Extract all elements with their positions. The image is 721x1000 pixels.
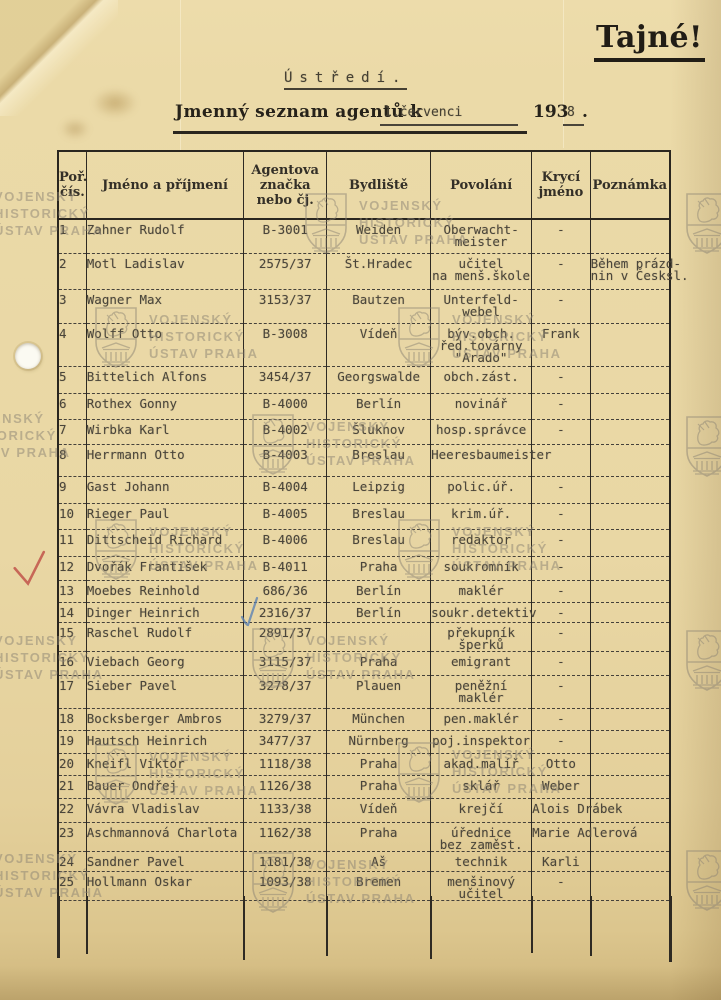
corner-fold (0, 0, 118, 116)
cell-row-number: 21 (58, 775, 86, 798)
cell-residence: Vídeň (327, 798, 431, 822)
agent-row: 10Rieger PaulB-4005Breslaukrim.úř.- (58, 503, 670, 529)
cell-agent-name: Viebach Georg (86, 651, 244, 675)
cell-occupation: menšinový učitel (431, 871, 532, 900)
cell-agent-code: 1133/38 (244, 798, 327, 822)
cell-agent-name: Wagner Max (86, 289, 244, 323)
cell-cover-name: - (532, 366, 591, 393)
agent-row: 20Kneifl Viktor1118/38Prahaakad.malířOtt… (58, 753, 670, 775)
paper-stain (60, 118, 90, 140)
cell-row-number: 4 (58, 323, 86, 366)
cell-note (590, 753, 670, 775)
document-page: Tajné! Ústředí. Jmenný seznam agentů k 1… (0, 0, 721, 1000)
cell-note (590, 651, 670, 675)
title-underline (173, 131, 527, 134)
cell-note (590, 476, 670, 503)
archive-stamp: VOJENSKÝ HISTORICKÝ ÚSTAV PRAHA (684, 629, 721, 693)
cell-occupation: akad.malíř (431, 753, 532, 775)
cell-occupation: novinář (431, 393, 532, 419)
cell-row-number: 22 (58, 798, 86, 822)
agent-row: 3Wagner Max3153/37BautzenUnterfeld- webe… (58, 289, 670, 323)
cell-row-number: 1 (58, 219, 86, 253)
cell-occupation: Heeresbaumeister (431, 444, 532, 476)
cell-residence: Georgswalde (327, 366, 431, 393)
cell-residence: Berlín (327, 580, 431, 602)
cell-note (590, 730, 670, 753)
cell-residence: Nürnberg (327, 730, 431, 753)
cell-agent-name: Raschel Rudolf (86, 622, 244, 651)
cell-occupation: krejčí (431, 798, 532, 822)
cell-residence: Št.Hradec (327, 253, 431, 289)
cell-residence: Berlín (327, 602, 431, 622)
agent-row: 6Rothex GonnyB-4000Berlínnovinář- (58, 393, 670, 419)
cell-residence: Leipzig (327, 476, 431, 503)
cell-note (590, 393, 670, 419)
cell-occupation: Oberwacht- meister (431, 219, 532, 253)
cell-note (590, 622, 670, 651)
table-rule-tail (86, 896, 88, 954)
table-rule-tail (57, 896, 60, 958)
cell-agent-name: Gast Johann (86, 476, 244, 503)
cell-cover-name: - (532, 708, 591, 730)
cell-agent-name: Bauer Ondřej (86, 775, 244, 798)
cell-agent-name: Hollmann Oskar (86, 871, 244, 900)
cell-occupation: emigrant (431, 651, 532, 675)
agent-table: Poř. čís. Jméno a příjmení Agentova znač… (57, 150, 671, 901)
cell-note (590, 444, 670, 476)
cell-row-number: 20 (58, 753, 86, 775)
agent-row: 18Bocksberger Ambros3279/37Münchenpen.ma… (58, 708, 670, 730)
cell-cover-name: - (532, 419, 591, 444)
cell-agent-name: Wolff Otto (86, 323, 244, 366)
cell-residence: Breslau (327, 444, 431, 476)
cell-occupation: soukr.detektiv (431, 602, 532, 622)
cell-agent-name: Wirbka Karl (86, 419, 244, 444)
year-printed: 193 (533, 102, 569, 122)
table-rule-tail (326, 896, 328, 956)
unit-heading: Ústředí. (284, 70, 407, 90)
cell-agent-name: Bocksberger Ambros (86, 708, 244, 730)
agent-row: 5Bittelich Alfons3454/37Georgswaldeobch.… (58, 366, 670, 393)
agent-row: 15Raschel Rudolf2891/37překupník šperků- (58, 622, 670, 651)
cell-cover-name: Weber (532, 775, 591, 798)
cell-note (590, 419, 670, 444)
agent-row: 25Hollmann Oskar1093/38Bremenmenšinový u… (58, 871, 670, 900)
cell-note (590, 851, 670, 871)
cell-agent-name: Kneifl Viktor (86, 753, 244, 775)
cell-residence: München (327, 708, 431, 730)
agent-row: 24Sandner Pavel1181/38AštechnikKarli (58, 851, 670, 871)
cell-cover-name: - (532, 871, 591, 900)
agent-row: 16Viebach Georg3115/37Prahaemigrant- (58, 651, 670, 675)
fill-line (563, 124, 584, 126)
cell-occupation: redaktor (431, 529, 532, 556)
cell-residence: Praha (327, 753, 431, 775)
cell-cover-name: - (532, 602, 591, 622)
cell-cover-name: - (532, 580, 591, 602)
cell-note (590, 708, 670, 730)
cell-agent-code: B-4011 (244, 556, 327, 580)
paper-edge-shading (0, 966, 721, 1000)
cell-note (590, 556, 670, 580)
table-rule-tail (531, 896, 533, 953)
cell-agent-code: B-3008 (244, 323, 327, 366)
cell-occupation: poj.inspektor (431, 730, 532, 753)
cell-note (590, 366, 670, 393)
cell-note (590, 503, 670, 529)
cell-occupation: polic.úř. (431, 476, 532, 503)
cell-cover-name: - (532, 730, 591, 753)
agent-row: 13Moebes Reinhold686/36Berlínmaklér- (58, 580, 670, 602)
cell-cover-name: - (532, 675, 591, 708)
cell-agent-name: Sieber Pavel (86, 675, 244, 708)
cell-agent-code: 1126/38 (244, 775, 327, 798)
cell-occupation: úřednice bez zaměst. (431, 822, 532, 851)
cell-agent-name: Dittscheid Richard (86, 529, 244, 556)
cell-row-number: 17 (58, 675, 86, 708)
cell-occupation: pen.maklér (431, 708, 532, 730)
cell-residence: Praha (327, 651, 431, 675)
cell-residence: Bremen (327, 871, 431, 900)
cell-cover-name: - (532, 622, 591, 651)
cell-agent-code: B-4004 (244, 476, 327, 503)
cell-agent-code: B-4006 (244, 529, 327, 556)
header-row-number: Poř. čís. (58, 151, 86, 219)
cell-row-number: 5 (58, 366, 86, 393)
cell-residence: Plauen (327, 675, 431, 708)
title-period: . (582, 102, 588, 122)
cell-row-number: 2 (58, 253, 86, 289)
cell-cover-name: - (532, 393, 591, 419)
cell-occupation: učitel na menš.škole (431, 253, 532, 289)
cell-residence: Breslau (327, 503, 431, 529)
cell-note (590, 529, 670, 556)
cell-agent-code: 2316/37 (244, 602, 327, 622)
agent-row: 22Vávra Vladislav1133/38VídeňkrejčíAlois… (58, 798, 670, 822)
cell-cover-name: Alois Drábek (532, 798, 591, 822)
cell-agent-name: Bittelich Alfons (86, 366, 244, 393)
cell-cover-name: Karli (532, 851, 591, 871)
agent-row: 23Aschmannová Charlota1162/38Prahaúředni… (58, 822, 670, 851)
cell-occupation: krim.úř. (431, 503, 532, 529)
cell-agent-code: 3115/37 (244, 651, 327, 675)
cell-occupation: soukromník (431, 556, 532, 580)
archive-stamp: VOJENSKÝ HISTORICKÝ ÚSTAV PRAHA (684, 415, 721, 479)
agent-row: 2Motl Ladislav2575/37Št.Hradecučitel na … (58, 253, 670, 289)
cell-cover-name: Frank (532, 323, 591, 366)
cell-agent-code: 686/36 (244, 580, 327, 602)
cell-row-number: 12 (58, 556, 86, 580)
cell-cover-name: - (532, 289, 591, 323)
cell-agent-code: 2575/37 (244, 253, 327, 289)
agent-row: 4Wolff OttoB-3008Vídeňbýv.obch. řed.tová… (58, 323, 670, 366)
cell-agent-name: Dinger Heinrich (86, 602, 244, 622)
cell-residence: Praha (327, 556, 431, 580)
cell-agent-name: Moebes Reinhold (86, 580, 244, 602)
cell-row-number: 24 (58, 851, 86, 871)
cell-residence: Praha (327, 822, 431, 851)
cell-agent-code: 1181/38 (244, 851, 327, 871)
agent-row: 17Sieber Pavel3278/37Plauenpeněžní maklé… (58, 675, 670, 708)
cell-occupation: překupník šperků (431, 622, 532, 651)
cell-row-number: 25 (58, 871, 86, 900)
cell-residence: Aš (327, 851, 431, 871)
year-fill-in: 8 (567, 105, 575, 120)
cell-occupation: hosp.správce (431, 419, 532, 444)
cell-agent-code: B-4005 (244, 503, 327, 529)
cell-agent-code: 1118/38 (244, 753, 327, 775)
cell-note (590, 775, 670, 798)
cell-row-number: 11 (58, 529, 86, 556)
header-cover-name: Krycí jméno (532, 151, 591, 219)
header-name: Jméno a příjmení (86, 151, 244, 219)
paper-crease (180, 0, 181, 150)
vhu-coat-of-arms-icon (684, 629, 721, 693)
cell-row-number: 10 (58, 503, 86, 529)
cell-agent-code: B-4003 (244, 444, 327, 476)
cell-agent-code: 3477/37 (244, 730, 327, 753)
cell-residence: Vídeň (327, 323, 431, 366)
cell-agent-code: 3153/37 (244, 289, 327, 323)
cell-note (590, 323, 670, 366)
cell-row-number: 13 (58, 580, 86, 602)
cell-agent-name: Rothex Gonny (86, 393, 244, 419)
cell-agent-name: Vávra Vladislav (86, 798, 244, 822)
table-rule-tail (430, 896, 432, 959)
table-rule-tail (243, 896, 245, 960)
cell-agent-code: 1093/38 (244, 871, 327, 900)
cell-residence (327, 622, 431, 651)
table-rule-tail (590, 896, 592, 956)
cell-agent-name: Herrmann Otto (86, 444, 244, 476)
cell-note (590, 871, 670, 900)
cell-cover-name: - (532, 529, 591, 556)
agent-row: 21Bauer Ondřej1126/38PrahasklářWeber (58, 775, 670, 798)
archive-stamp: VOJENSKÝ HISTORICKÝ ÚSTAV PRAHA (684, 192, 721, 256)
cell-agent-code: 3279/37 (244, 708, 327, 730)
cell-agent-name: Aschmannová Charlota (86, 822, 244, 851)
cell-residence: Weiden (327, 219, 431, 253)
header-agent-code: Agentova značka nebo čj. (244, 151, 327, 219)
cell-row-number: 18 (58, 708, 86, 730)
red-checkmark (12, 550, 50, 588)
cell-occupation: peněžní maklér (431, 675, 532, 708)
cell-agent-name: Motl Ladislav (86, 253, 244, 289)
cell-agent-code: 1162/38 (244, 822, 327, 851)
vhu-coat-of-arms-icon (684, 849, 721, 913)
cell-agent-code: B-4000 (244, 393, 327, 419)
cell-agent-code: 2891/37 (244, 622, 327, 651)
cell-residence: Praha (327, 775, 431, 798)
vhu-coat-of-arms-icon (684, 192, 721, 256)
cell-row-number: 8 (58, 444, 86, 476)
classification-label: Tajné! (594, 20, 705, 62)
cell-cover-name: - (532, 476, 591, 503)
cell-agent-code: B-4002 (244, 419, 327, 444)
cell-row-number: 19 (58, 730, 86, 753)
cell-residence: Berlín (327, 393, 431, 419)
cell-occupation: sklář (431, 775, 532, 798)
cell-occupation: býv.obch. řed.továrny "Arado" (431, 323, 532, 366)
agent-row: 1Zahner RudolfB-3001WeidenOberwacht- mei… (58, 219, 670, 253)
cell-occupation: obch.zást. (431, 366, 532, 393)
cell-agent-name: Sandner Pavel (86, 851, 244, 871)
agent-row: 8Herrmann OttoB-4003BreslauHeeresbaumeis… (58, 444, 670, 476)
hole-punch (15, 343, 41, 369)
cell-cover-name: - (532, 253, 591, 289)
cell-cover-name: - (532, 219, 591, 253)
agent-row: 9Gast JohannB-4004Leipzigpolic.úř.- (58, 476, 670, 503)
agent-row: 14Dinger Heinrich2316/37Berlínsoukr.dete… (58, 602, 670, 622)
header-residence: Bydliště (327, 151, 431, 219)
cell-row-number: 14 (58, 602, 86, 622)
cell-residence: Breslau (327, 529, 431, 556)
vhu-coat-of-arms-icon (684, 415, 721, 479)
table-rule-tail (669, 896, 672, 962)
cell-row-number: 7 (58, 419, 86, 444)
agent-row: 7Wirbka KarlB-4002Šluknovhosp.správce- (58, 419, 670, 444)
cell-occupation: maklér (431, 580, 532, 602)
header-occupation: Povolání (431, 151, 532, 219)
cell-note (590, 580, 670, 602)
cell-agent-code: B-3001 (244, 219, 327, 253)
cell-row-number: 23 (58, 822, 86, 851)
agent-row: 19Hautsch Heinrich3477/37Nürnbergpoj.ins… (58, 730, 670, 753)
cell-row-number: 9 (58, 476, 86, 503)
cell-row-number: 15 (58, 622, 86, 651)
table-header-row: Poř. čís. Jméno a příjmení Agentova znač… (58, 151, 670, 219)
cell-agent-name: Dvořák František (86, 556, 244, 580)
cell-row-number: 3 (58, 289, 86, 323)
fill-line (380, 124, 518, 126)
cell-cover-name: - (532, 651, 591, 675)
cell-note: Během prázd- nin v Česksl. (590, 253, 670, 289)
agent-row: 12Dvořák FrantišekB-4011Prahasoukromník- (58, 556, 670, 580)
cell-cover-name: Otto (532, 753, 591, 775)
cell-residence: Bautzen (327, 289, 431, 323)
cell-row-number: 6 (58, 393, 86, 419)
cell-cover-name: - (532, 556, 591, 580)
archive-stamp: VOJENSKÝ HISTORICKÝ ÚSTAV PRAHA (684, 849, 721, 913)
cell-cover-name: Marie Adlerová (532, 822, 591, 851)
cell-note (590, 675, 670, 708)
cell-note (590, 602, 670, 622)
date-fill-in: 1.červenci (384, 105, 462, 120)
cell-agent-name: Hautsch Heinrich (86, 730, 244, 753)
paper-stain (92, 88, 138, 118)
header-note: Poznámka (590, 151, 670, 219)
cell-note (590, 219, 670, 253)
cell-agent-code: 3278/37 (244, 675, 327, 708)
cell-occupation: technik (431, 851, 532, 871)
cell-note (590, 289, 670, 323)
cell-agent-name: Rieger Paul (86, 503, 244, 529)
cell-cover-name: - (532, 503, 591, 529)
cell-residence: Šluknov (327, 419, 431, 444)
cell-row-number: 16 (58, 651, 86, 675)
cell-agent-name: Zahner Rudolf (86, 219, 244, 253)
cell-agent-code: 3454/37 (244, 366, 327, 393)
cell-occupation: Unterfeld- webel (431, 289, 532, 323)
agent-row: 11Dittscheid RichardB-4006Breslauredakto… (58, 529, 670, 556)
